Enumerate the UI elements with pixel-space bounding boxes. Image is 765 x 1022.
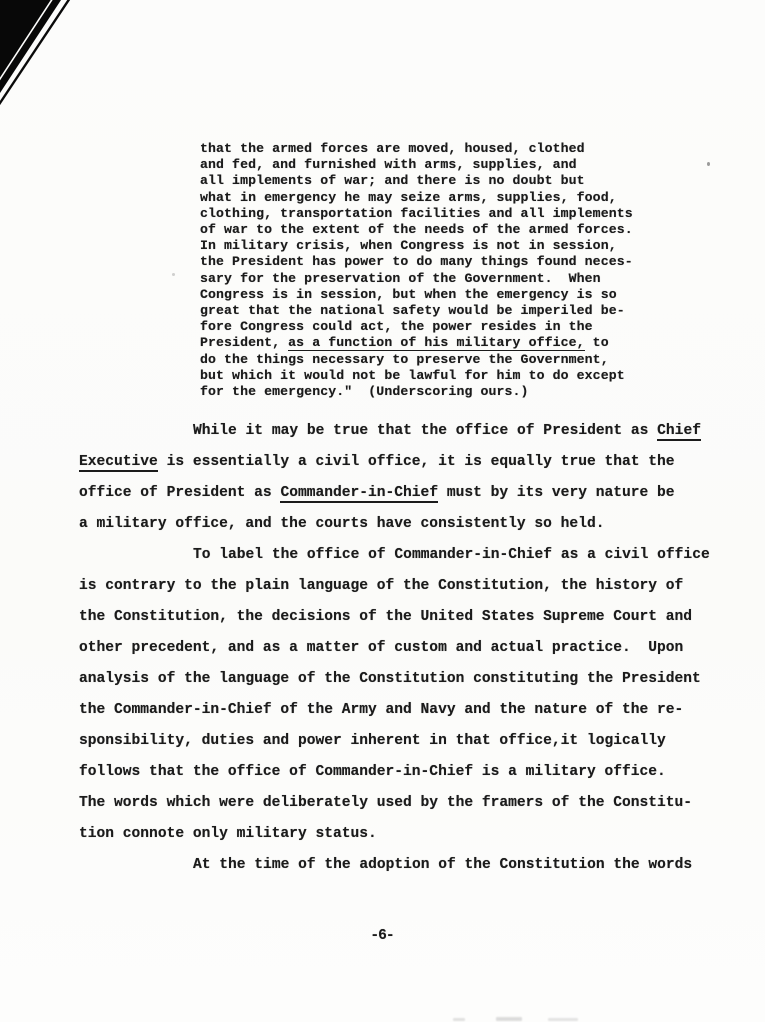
quote-line: Congress is in session, but when the eme… [200,287,633,303]
underlined-phrase: Chief [657,423,701,441]
quote-line: fore Congress could act, the power resid… [200,319,633,335]
body-text: While it may be true that the office of … [79,416,739,881]
underlined-phrase: as a function of his military office, [288,335,585,351]
underlined-phrase: Commander-in-Chief [280,485,438,503]
scan-bottom-smudge [548,1018,578,1021]
quote-line: of war to the extent of the needs of the… [200,222,633,238]
body-line: To label the office of Commander-in-Chie… [79,540,739,571]
body-line: tion connote only military status. [79,819,739,850]
scan-speck [172,273,175,276]
quote-line: and fed, and furnished with arms, suppli… [200,157,633,173]
quote-text: President, [200,335,288,350]
quote-line: In military crisis, when Congress is not… [200,238,633,254]
quote-line: for the emergency." (Underscoring ours.) [200,384,633,400]
body-text-segment: office of President as [79,485,280,501]
body-line: office of President as Commander-in-Chie… [79,478,739,509]
body-line: sponsibility, duties and power inherent … [79,726,739,757]
body-line: a military office, and the courts have c… [79,509,739,540]
body-line: other precedent, and as a matter of cust… [79,633,739,664]
body-text-segment: must by its very nature be [438,485,674,501]
page-number: -6- [346,928,418,944]
scan-bottom-smudge [453,1018,465,1021]
body-line: the Commander-in-Chief of the Army and N… [79,695,739,726]
block-quote: that the armed forces are moved, housed,… [200,141,633,400]
quote-line: but which it would not be lawful for him… [200,368,633,384]
body-line: is contrary to the plain language of the… [79,571,739,602]
quote-line: that the armed forces are moved, housed,… [200,141,633,157]
quote-text: to [585,335,609,350]
body-line: At the time of the adoption of the Const… [79,850,739,881]
body-line: the Constitution, the decisions of the U… [79,602,739,633]
quote-line: the President has power to do many thing… [200,254,633,270]
body-line: analysis of the language of the Constitu… [79,664,739,695]
scan-corner-artifact [0,0,120,120]
quote-line: clothing, transportation facilities and … [200,206,633,222]
quote-line-underlined: President, as a function of his military… [200,335,633,351]
scan-bottom-smudge [496,1017,522,1021]
body-line: Executive is essentially a civil office,… [79,447,739,478]
body-line: follows that the office of Commander-in-… [79,757,739,788]
body-text-segment: is essentially a civil office, it is equ… [158,454,675,470]
quote-line: sary for the preservation of the Governm… [200,271,633,287]
underlined-phrase: Executive [79,454,158,472]
body-line: While it may be true that the office of … [79,416,739,447]
quote-line: great that the national safety would be … [200,303,633,319]
quote-line: all implements of war; and there is no d… [200,173,633,189]
scan-speck [707,162,710,166]
body-text-segment: While it may be true that the office of … [193,423,657,439]
quote-line: what in emergency he may seize arms, sup… [200,190,633,206]
document-page: that the armed forces are moved, housed,… [0,0,765,1022]
body-line: The words which were deliberately used b… [79,788,739,819]
quote-line: do the things necessary to preserve the … [200,352,633,368]
